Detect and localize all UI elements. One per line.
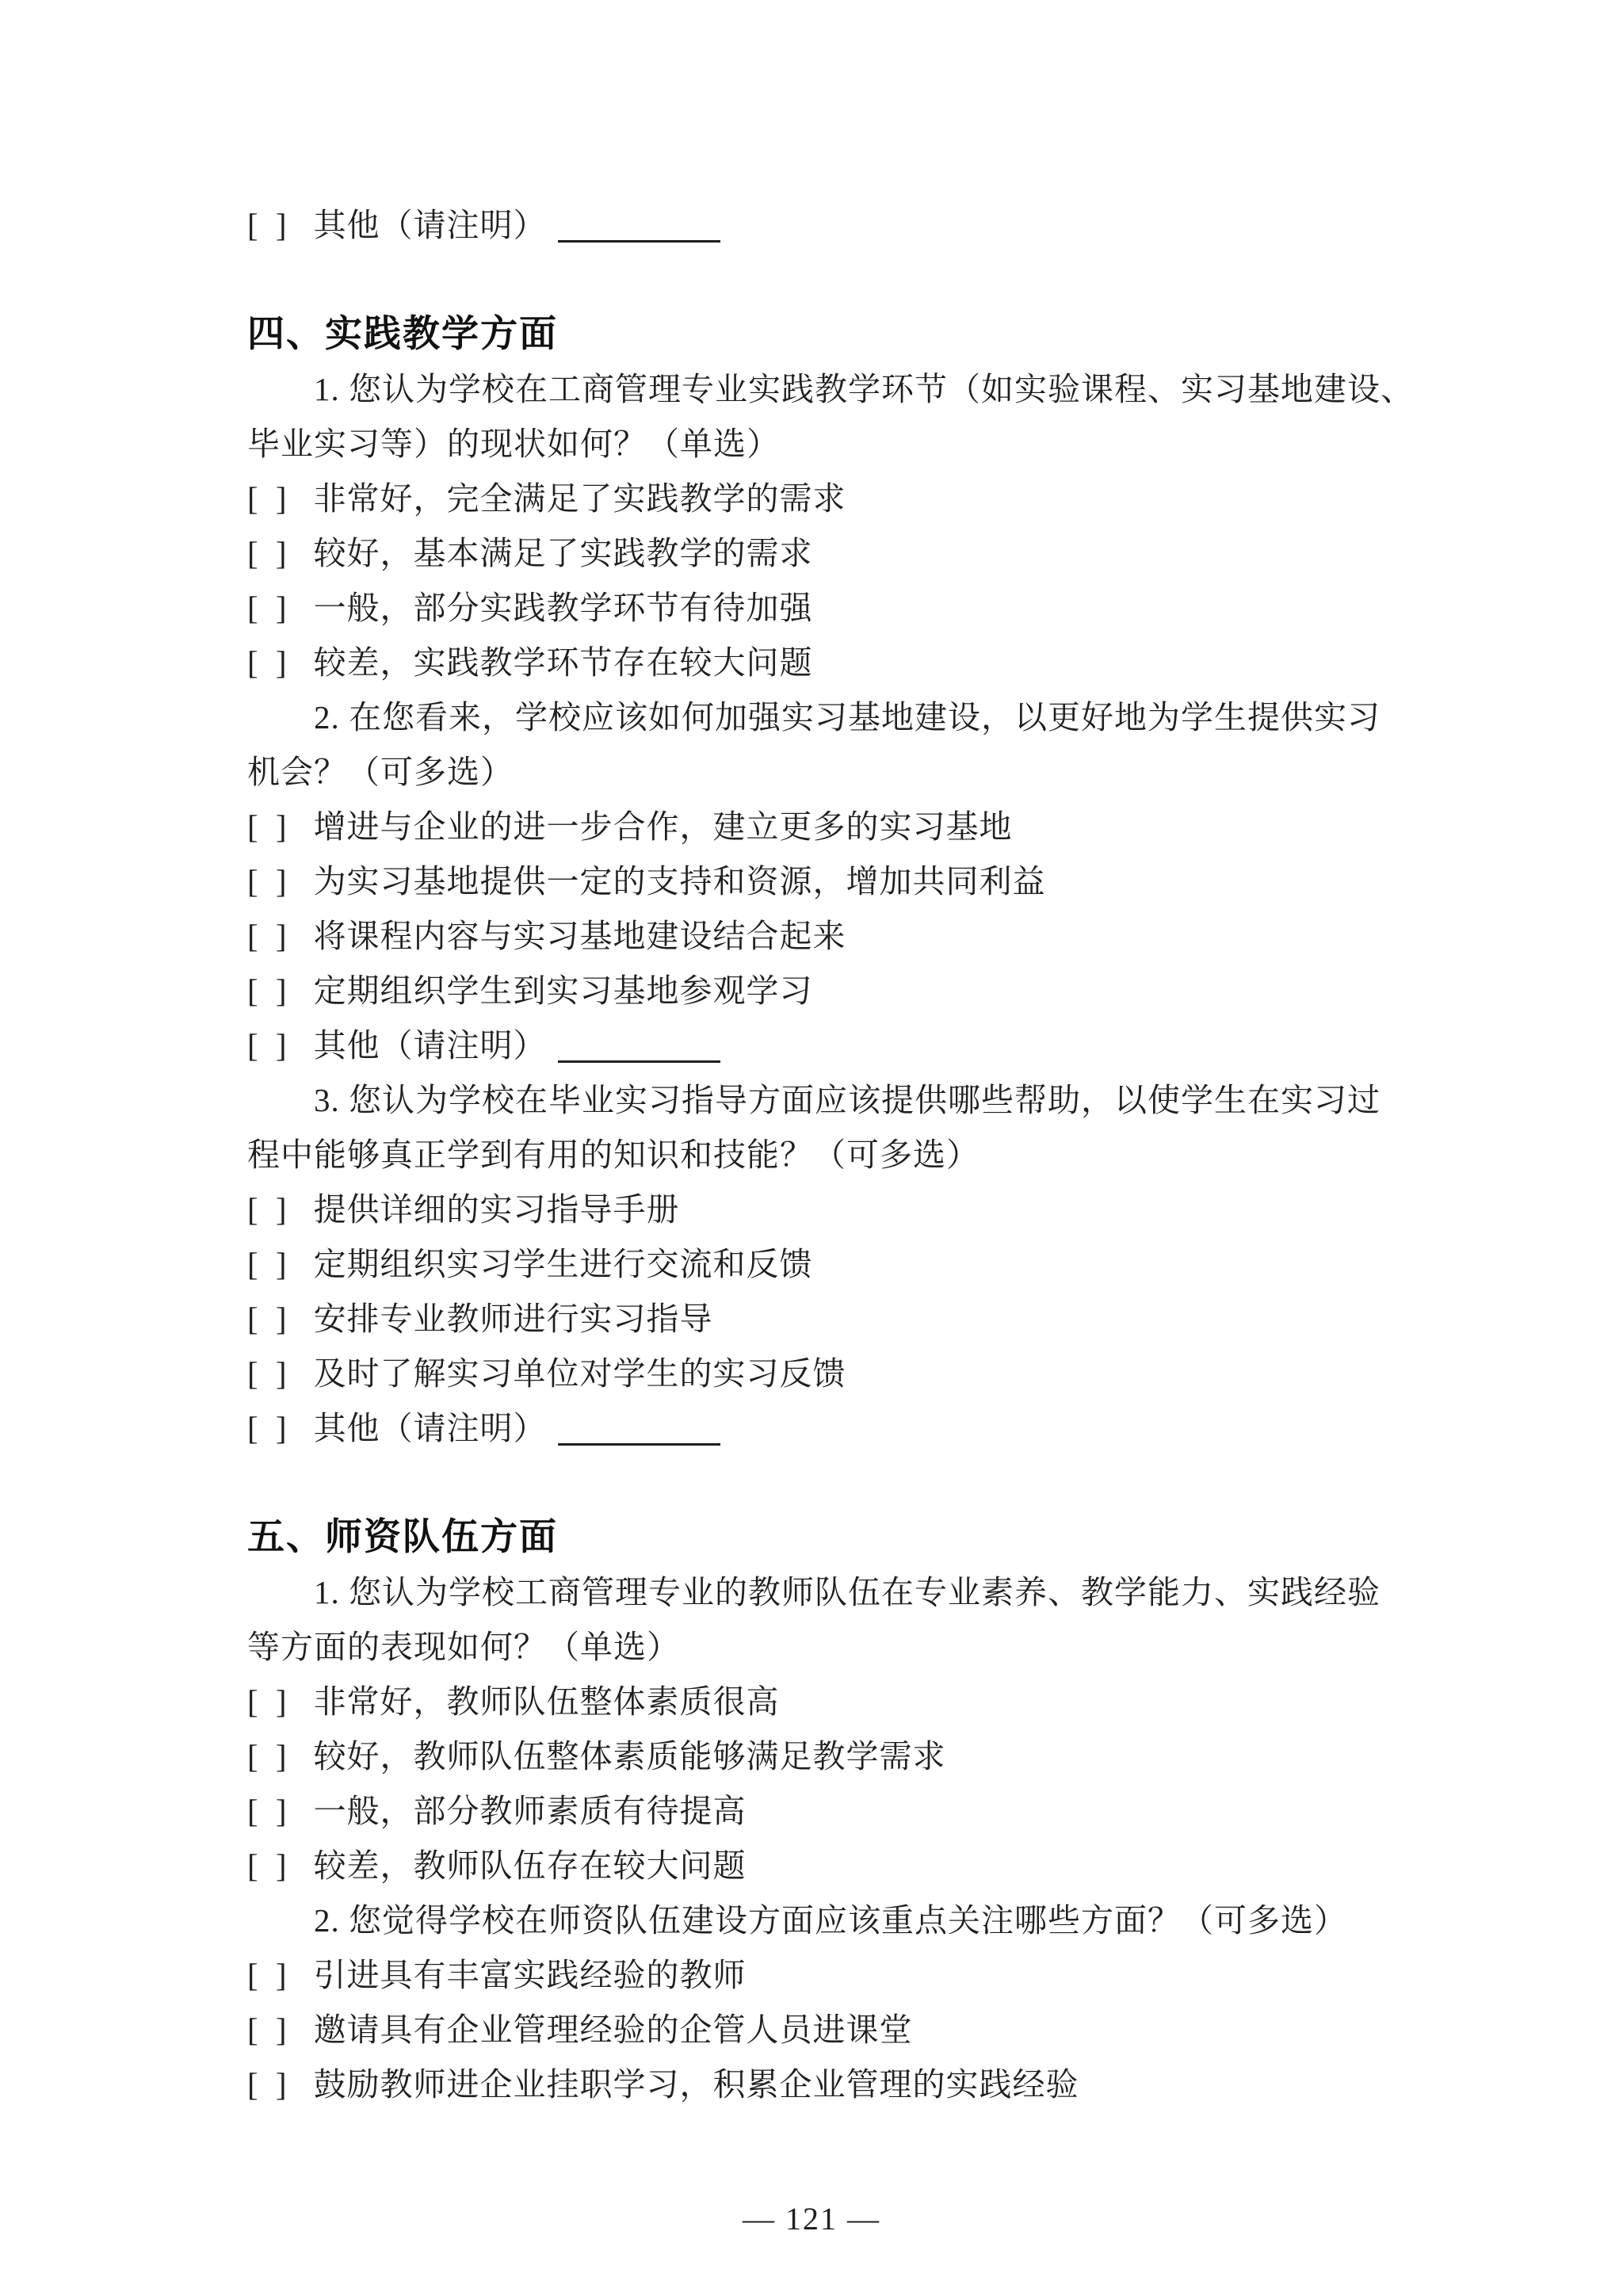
option-row: [ ]一般，部分教师素质有待提高 [247,1784,1379,1839]
option-label: 其他（请注明） [314,207,547,243]
option-row: [ ]邀请具有企业管理经验的企管人员进课堂 [247,2003,1379,2057]
option-label: 及时了解实习单位对学生的实习反馈 [314,1355,846,1392]
option-label: 较好，基本满足了实践教学的需求 [314,535,813,571]
checkbox-glyph: [ ] [247,472,292,526]
document-page: [ ]其他（请注明）四、实践教学方面1. 您认为学校在工商管理专业实践教学环节（… [0,0,1623,2296]
checkbox-glyph: [ ] [247,2057,292,2112]
checkbox-glyph: [ ] [247,909,292,964]
question-line: 机会？（可多选） [247,745,1379,800]
fill-in-blank [558,205,720,243]
checkbox-glyph: [ ] [247,581,292,636]
option-row: [ ]一般，部分实践教学环节有待加强 [247,581,1379,636]
checkbox-glyph: [ ] [247,1729,292,1784]
option-row: [ ]鼓励教师进企业挂职学习，积累企业管理的实践经验 [247,2057,1379,2112]
question-line: 1. 您认为学校工商管理专业的教师队伍在专业素养、教学能力、实践经验 [247,1565,1379,1620]
option-row: [ ]增进与企业的进一步合作，建立更多的实习基地 [247,800,1379,854]
checkbox-glyph: [ ] [247,800,292,854]
option-row: [ ]及时了解实习单位对学生的实习反馈 [247,1347,1379,1401]
checkbox-glyph: [ ] [247,636,292,690]
option-row: [ ]引进具有丰富实践经验的教师 [247,1948,1379,2003]
option-label: 引进具有丰富实践经验的教师 [314,1957,747,1993]
option-label: 增进与企业的进一步合作，建立更多的实习基地 [314,808,1013,845]
question-line: 1. 您认为学校在工商管理专业实践教学环节（如实验课程、实习基地建设、 [247,362,1379,417]
option-row: [ ]定期组织实习学生进行交流和反馈 [247,1237,1379,1292]
option-row: [ ]为实习基地提供一定的支持和资源，增加共同利益 [247,854,1379,909]
option-row: [ ]其他（请注明） [247,1401,1379,1456]
checkbox-glyph: [ ] [247,526,292,581]
option-label: 非常好，完全满足了实践教学的需求 [314,480,846,517]
option-row: [ ]非常好，完全满足了实践教学的需求 [247,472,1379,526]
option-label: 邀请具有企业管理经验的企管人员进课堂 [314,2011,913,2048]
question-line: 2. 您觉得学校在师资队伍建设方面应该重点关注哪些方面？（可多选） [247,1893,1379,1948]
question-line: 毕业实习等）的现状如何？（单选） [247,417,1379,472]
content: [ ]其他（请注明）四、实践教学方面1. 您认为学校在工商管理专业实践教学环节（… [247,198,1379,2112]
checkbox-glyph: [ ] [247,1237,292,1292]
checkbox-glyph: [ ] [247,198,292,253]
section-heading: 五、师资队伍方面 [247,1511,1379,1565]
option-row: [ ]较差，实践教学环节存在较大问题 [247,636,1379,690]
checkbox-glyph: [ ] [247,1784,292,1839]
option-label: 其他（请注明） [314,1410,547,1446]
section-heading: 四、实践教学方面 [247,308,1379,362]
option-row: [ ]非常好，教师队伍整体素质很高 [247,1675,1379,1729]
option-row: [ ]较好，教师队伍整体素质能够满足教学需求 [247,1729,1379,1784]
checkbox-glyph: [ ] [247,1182,292,1237]
option-label: 鼓励教师进企业挂职学习，积累企业管理的实践经验 [314,2066,1079,2103]
option-row: [ ]将课程内容与实习基地建设结合起来 [247,909,1379,964]
page-number: — 121 — [0,2197,1623,2241]
option-label: 非常好，教师队伍整体素质很高 [314,1683,780,1720]
checkbox-glyph: [ ] [247,2003,292,2057]
option-label: 提供详细的实习指导手册 [314,1191,680,1228]
checkbox-glyph: [ ] [247,1401,292,1456]
question-line: 程中能够真正学到有用的知识和技能？（可多选） [247,1128,1379,1182]
checkbox-glyph: [ ] [247,1675,292,1729]
option-row: [ ]提供详细的实习指导手册 [247,1182,1379,1237]
question-line: 2. 在您看来，学校应该如何加强实习基地建设，以更好地为学生提供实习 [247,690,1379,745]
option-label: 将课程内容与实习基地建设结合起来 [314,918,846,954]
fill-in-blank [558,1026,720,1063]
option-row: [ ]较好，基本满足了实践教学的需求 [247,526,1379,581]
checkbox-glyph: [ ] [247,1292,292,1347]
question-line: 等方面的表现如何？（单选） [247,1620,1379,1675]
option-label: 其他（请注明） [314,1027,547,1064]
fill-in-blank [558,1408,720,1446]
option-label: 一般，部分教师素质有待提高 [314,1793,747,1829]
option-label: 定期组织实习学生进行交流和反馈 [314,1246,813,1282]
option-label: 定期组织学生到实习基地参观学习 [314,972,813,1009]
checkbox-glyph: [ ] [247,1018,292,1073]
option-row: [ ]较差，教师队伍存在较大问题 [247,1839,1379,1893]
checkbox-glyph: [ ] [247,854,292,909]
option-row: [ ]定期组织学生到实习基地参观学习 [247,964,1379,1018]
option-label: 一般，部分实践教学环节有待加强 [314,590,813,626]
option-label: 较差，教师队伍存在较大问题 [314,1847,747,1884]
option-row: [ ]其他（请注明） [247,198,1379,253]
question-line: 3. 您认为学校在毕业实习指导方面应该提供哪些帮助，以使学生在实习过 [247,1073,1379,1128]
checkbox-glyph: [ ] [247,1347,292,1401]
checkbox-glyph: [ ] [247,1948,292,2003]
option-label: 为实习基地提供一定的支持和资源，增加共同利益 [314,863,1046,900]
checkbox-glyph: [ ] [247,964,292,1018]
option-label: 较好，教师队伍整体素质能够满足教学需求 [314,1738,946,1775]
option-label: 安排专业教师进行实习指导 [314,1301,713,1337]
option-row: [ ]其他（请注明） [247,1018,1379,1073]
option-label: 较差，实践教学环节存在较大问题 [314,644,813,681]
option-row: [ ]安排专业教师进行实习指导 [247,1292,1379,1347]
checkbox-glyph: [ ] [247,1839,292,1893]
